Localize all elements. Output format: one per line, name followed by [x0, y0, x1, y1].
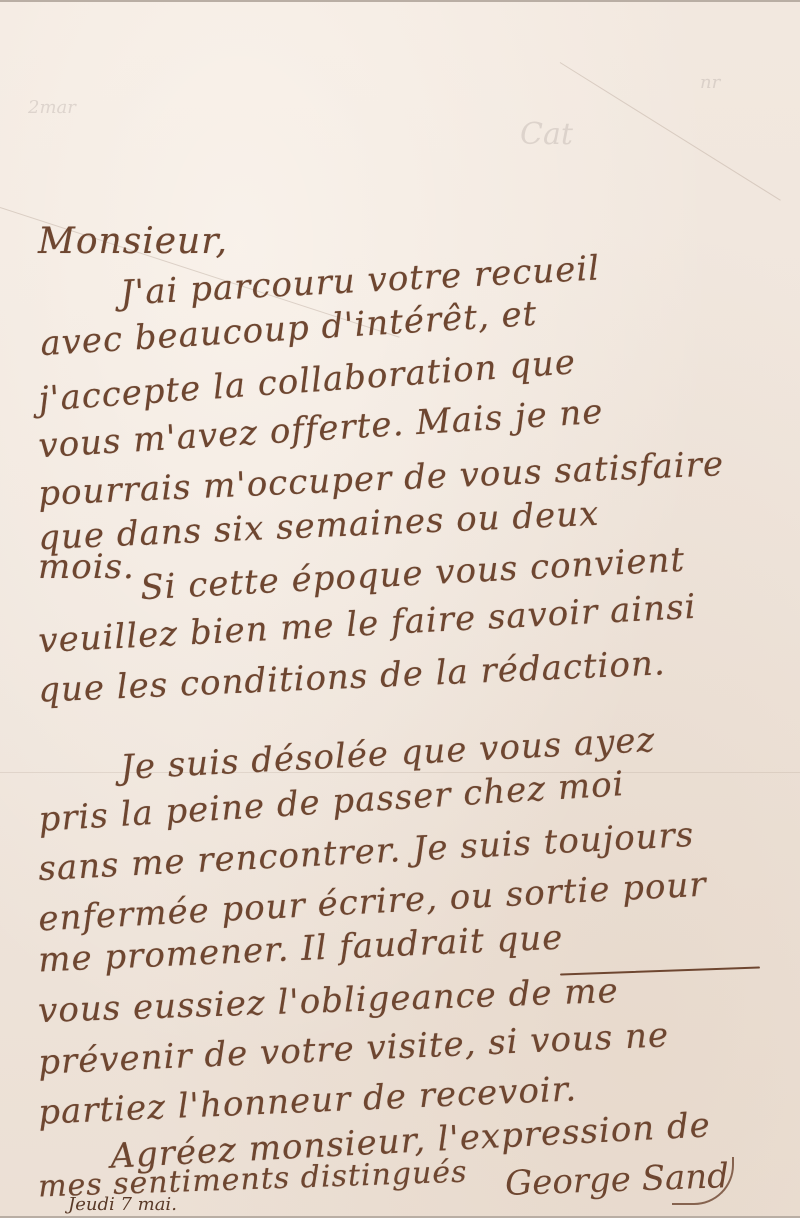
date-line: Jeudi 7 mai. [68, 1194, 177, 1215]
salutation: Monsieur, [38, 224, 228, 260]
letter-body: Monsieur, J'ai parcouru votre recueil av… [0, 2, 800, 1218]
letter-line: mois. [38, 550, 135, 584]
letter-sheet: 2mar Cat nr Monsieur, J'ai parcouru votr… [0, 0, 800, 1218]
signature-flourish [672, 1157, 734, 1205]
letter-line: vous eussiez l'obligeance de me [38, 974, 620, 1028]
